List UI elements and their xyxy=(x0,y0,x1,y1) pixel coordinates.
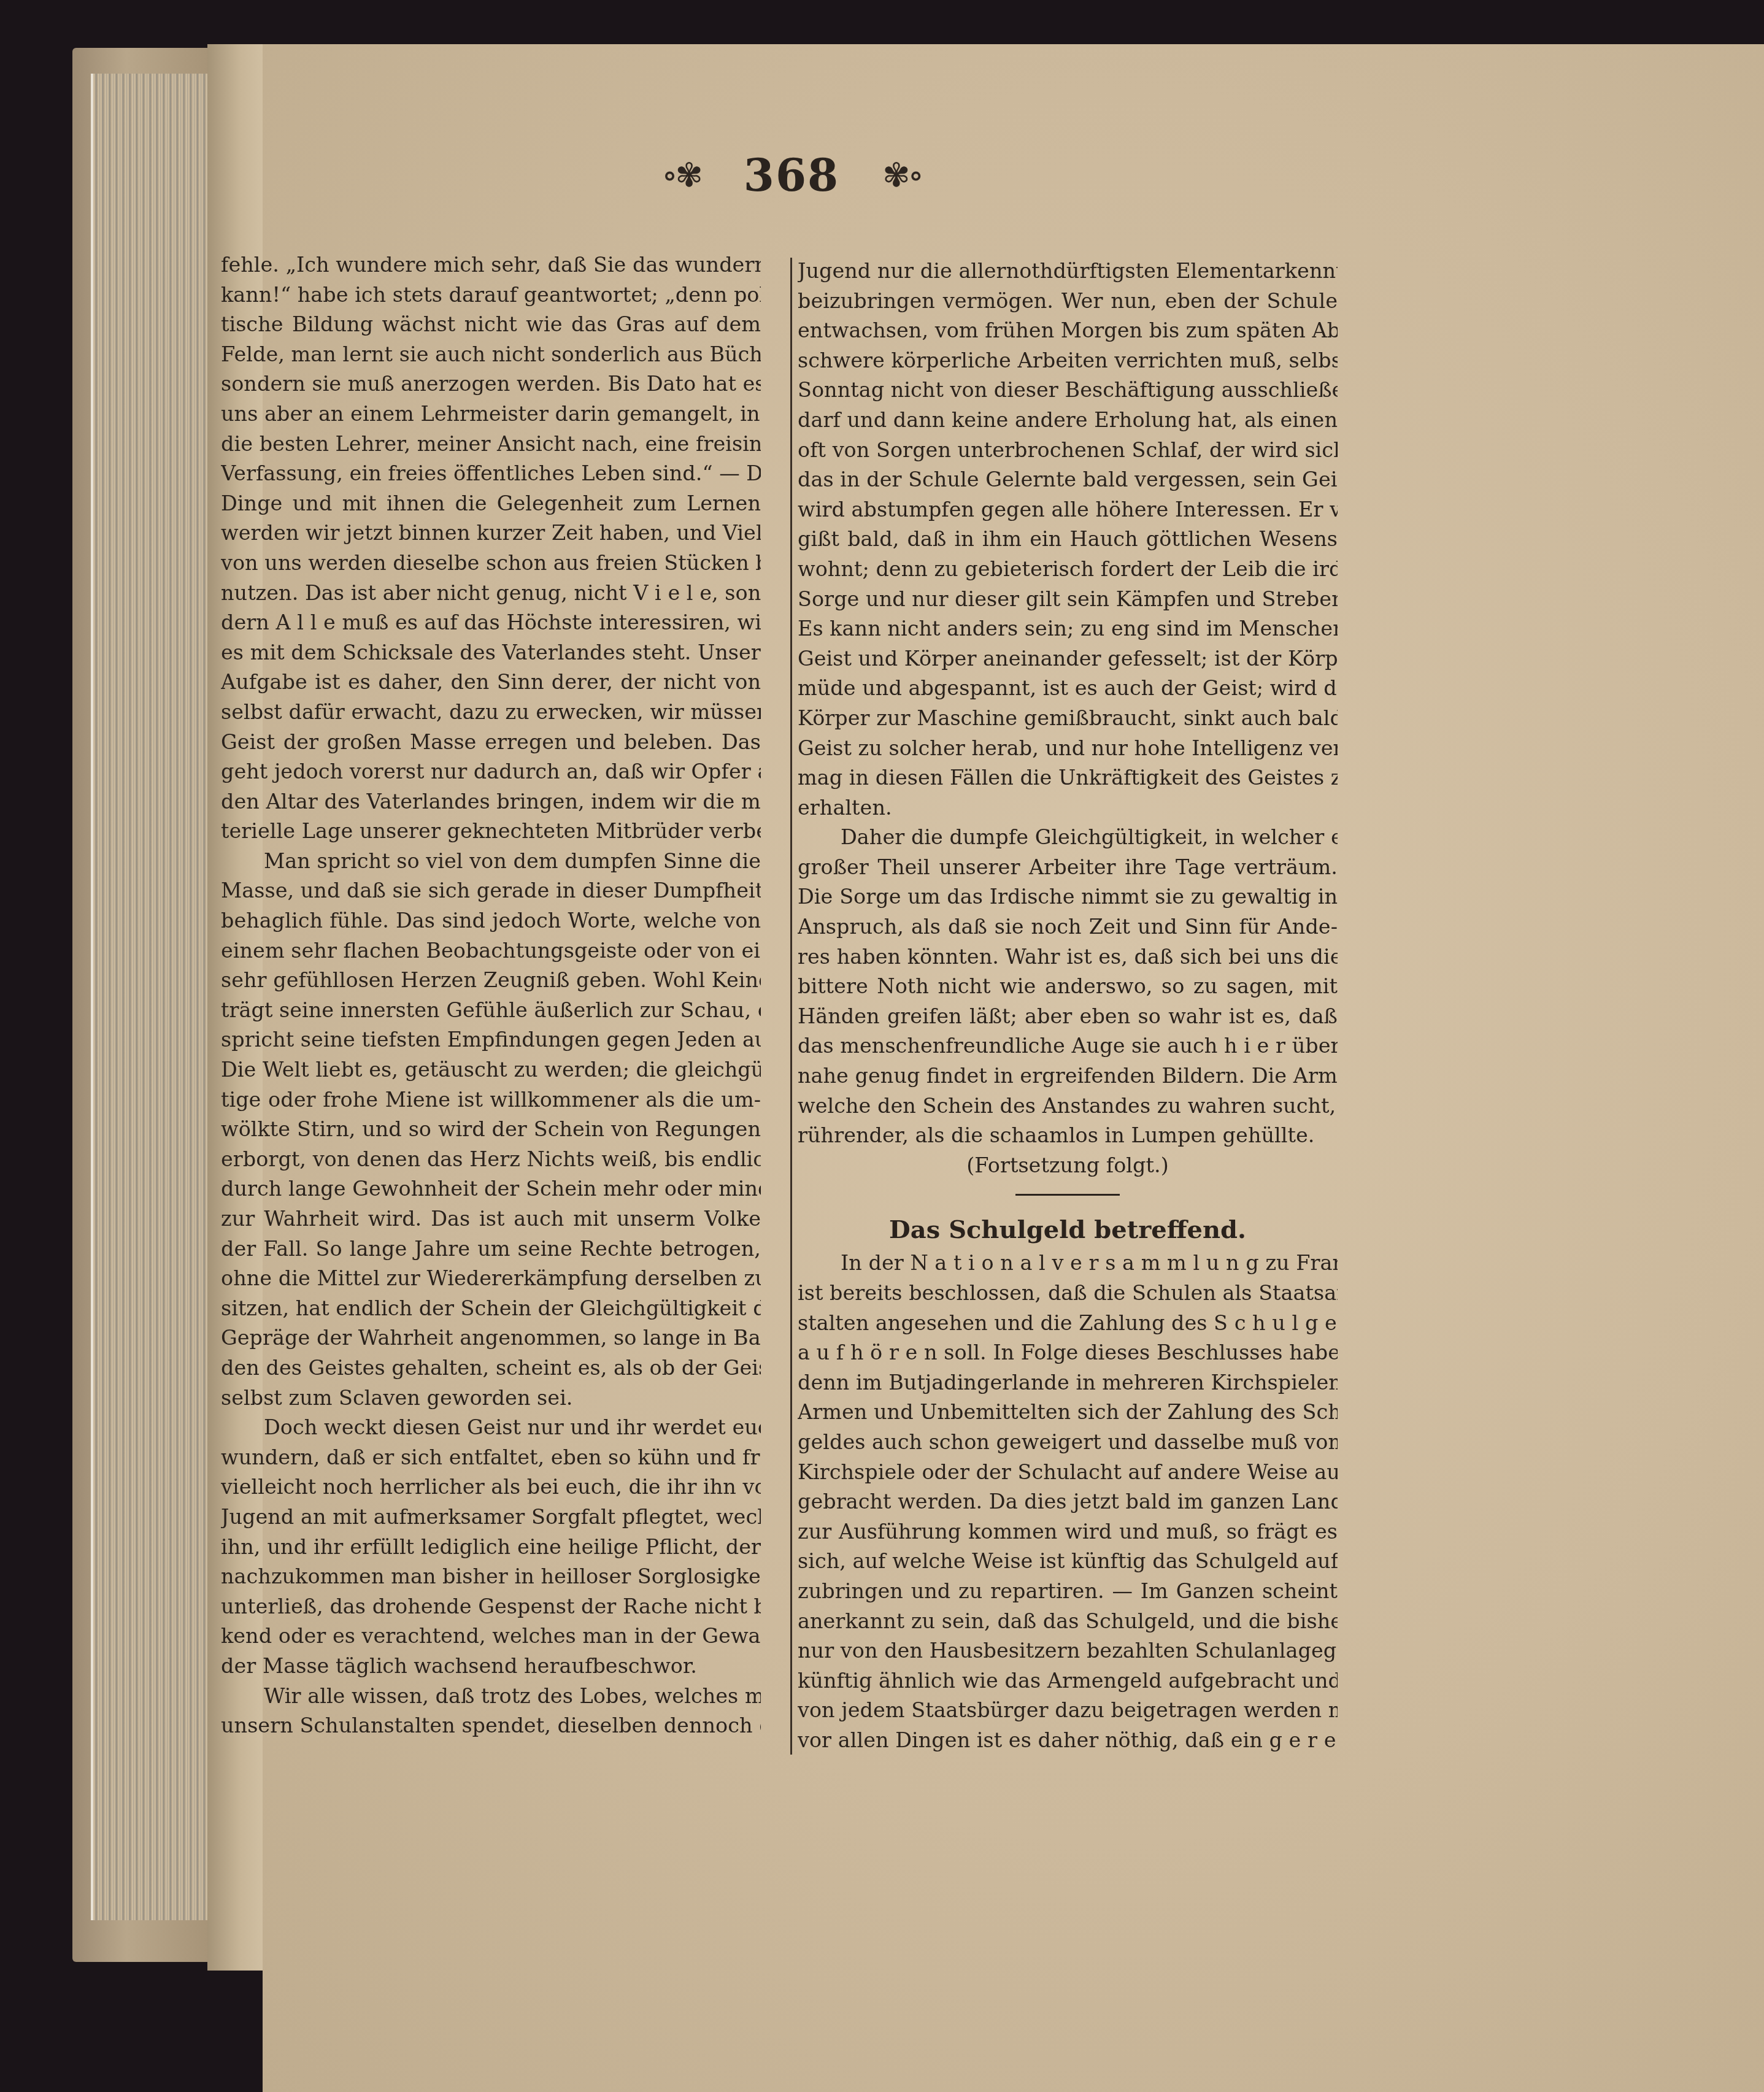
text-line: nahe genug findet in ergreifenden Bilder… xyxy=(798,1061,1338,1091)
text-line: geldes auch schon geweigert und dasselbe… xyxy=(798,1428,1338,1458)
text-line: Doch weckt diesen Geist nur und ihr werd… xyxy=(221,1413,761,1443)
text-line: selbst dafür erwacht, dazu zu erwecken, … xyxy=(221,698,761,728)
text-line: von jedem Staatsbürger dazu beigetragen … xyxy=(798,1696,1338,1726)
text-line: Wir alle wissen, daß trotz des Lobes, we… xyxy=(221,1682,761,1712)
text-line: Jugend an mit aufmerksamer Sorgfalt pfle… xyxy=(221,1502,761,1532)
text-line: wölkte Stirn, und so wird der Schein von… xyxy=(221,1115,761,1145)
text-line: schwere körperliche Arbeiten verrichten … xyxy=(798,346,1338,376)
text-line: Es kann nicht anders sein; zu eng sind i… xyxy=(798,614,1338,644)
text-line: wird abstumpfen gegen alle höhere Intere… xyxy=(798,495,1338,525)
text-line: es mit dem Schicksale des Vaterlandes st… xyxy=(221,638,761,668)
text-line: zur Wahrheit wird. Das ist auch mit unse… xyxy=(221,1204,761,1234)
text-line: Verfassung, ein freies öffentliches Lebe… xyxy=(221,459,761,489)
text-line: nutzen. Das ist aber nicht genug, nicht … xyxy=(221,579,761,609)
text-line: zubringen und zu repartiren. — Im Ganzen… xyxy=(798,1577,1338,1607)
text-line: trägt seine innersten Gefühle äußerlich … xyxy=(221,996,761,1026)
ornament-right-icon: ✾∘ xyxy=(882,156,922,194)
text-line: Jugend nur die allernothdürftigsten Elem… xyxy=(798,256,1338,286)
text-line: terielle Lage unserer geknechteten Mitbr… xyxy=(221,817,761,847)
text-line: nachzukommen man bisher in heilloser Sor… xyxy=(221,1562,761,1592)
text-line: darf und dann keine andere Erholung hat,… xyxy=(798,406,1338,436)
text-line: werden wir jetzt binnen kurzer Zeit habe… xyxy=(221,518,761,548)
text-line: kend oder es verachtend, welches man in … xyxy=(221,1621,761,1652)
text-line: Die Welt liebt es, getäuscht zu werden; … xyxy=(221,1055,761,1085)
text-line: sich, auf welche Weise ist künftig das S… xyxy=(798,1547,1338,1577)
text-line: res haben könnten. Wahr ist es, daß sich… xyxy=(798,942,1338,972)
text-line: erhalten. xyxy=(798,793,1338,823)
text-line: der Masse täglich wachsend heraufbeschwo… xyxy=(221,1652,761,1682)
text-line: wohnt; denn zu gebieterisch fordert der … xyxy=(798,555,1338,585)
column-divider-rule xyxy=(790,258,792,1755)
text-line: dern A l l e muß es auf das Höchste inte… xyxy=(221,608,761,638)
text-line: entwachsen, vom frühen Morgen bis zum sp… xyxy=(798,316,1338,346)
section-divider xyxy=(1015,1194,1120,1196)
text-line: durch lange Gewohnheit der Schein mehr o… xyxy=(221,1174,761,1204)
text-line: unsern Schulanstalten spendet, dieselben… xyxy=(221,1711,761,1741)
text-line: Geist und Körper aneinander gefesselt; i… xyxy=(798,644,1338,674)
text-line: tige oder frohe Miene ist willkommener a… xyxy=(221,1085,761,1115)
text-line: müde und abgespannt, ist es auch der Gei… xyxy=(798,674,1338,704)
page-edges-stack xyxy=(91,74,210,1920)
text-line: rührender, als die schaamlos in Lumpen g… xyxy=(798,1121,1338,1151)
text-line: Armen und Unbemittelten sich der Zahlung… xyxy=(798,1398,1338,1428)
text-line: denn im Butjadingerlande in mehreren Kir… xyxy=(798,1368,1338,1398)
text-line: vielleicht noch herrlicher als bei euch,… xyxy=(221,1472,761,1502)
text-line: Man spricht so viel von dem dumpfen Sinn… xyxy=(221,847,761,877)
text-line: tische Bildung wächst nicht wie das Gras… xyxy=(221,310,761,340)
text-line: unterließ, das drohende Gespenst der Rac… xyxy=(221,1592,761,1622)
text-line: Gepräge der Wahrheit angenommen, so lang… xyxy=(221,1323,761,1353)
text-line: Sonntag nicht von dieser Beschäftigung a… xyxy=(798,375,1338,406)
text-line: zur Ausführung kommen wird und muß, so f… xyxy=(798,1517,1338,1547)
text-line: Körper zur Maschine gemißbraucht, sinkt … xyxy=(798,704,1338,734)
text-line: einem sehr flachen Beobachtungsgeiste od… xyxy=(221,936,761,966)
text-line: künftig ähnlich wie das Armengeld aufgeb… xyxy=(798,1666,1338,1696)
continuation-note: (Fortsetzung folgt.) xyxy=(798,1151,1338,1181)
text-line: bittere Noth nicht wie anderswo, so zu s… xyxy=(798,972,1338,1002)
text-line: stalten angesehen und die Zahlung des S … xyxy=(798,1309,1338,1339)
text-line: mag in diesen Fällen die Unkräftigkeit d… xyxy=(798,763,1338,793)
text-line: Kirchspiele oder der Schulacht auf ander… xyxy=(798,1458,1338,1488)
text-line: uns aber an einem Lehrmeister darin gema… xyxy=(221,399,761,429)
text-line: Sorge und nur dieser gilt sein Kämpfen u… xyxy=(798,585,1338,615)
text-line: Geist zu solcher herab, und nur hohe Int… xyxy=(798,734,1338,764)
page-header: ∘✾ 368 ✾∘ xyxy=(638,147,945,202)
text-line: In der N a t i o n a l v e r s a m m l u… xyxy=(798,1248,1338,1279)
text-line: a u f h ö r e n soll. In Folge dieses Be… xyxy=(798,1338,1338,1368)
right-column-body-part1: Jugend nur die allernothdürftigsten Elem… xyxy=(798,256,1338,1151)
text-line: erborgt, von denen das Herz Nichts weiß,… xyxy=(221,1145,761,1175)
text-line: das menschenfreundliche Auge sie auch h … xyxy=(798,1031,1338,1061)
text-line: Geist der großen Masse erregen und beleb… xyxy=(221,728,761,758)
text-line: selbst zum Sclaven geworden sei. xyxy=(221,1383,761,1413)
text-line: sitzen, hat endlich der Schein der Gleic… xyxy=(221,1294,761,1324)
left-text-column: fehle. „Ich wundere mich sehr, daß Sie d… xyxy=(221,250,761,1741)
text-line: den Altar des Vaterlandes bringen, indem… xyxy=(221,787,761,817)
text-line: Händen greifen läßt; aber eben so wahr i… xyxy=(798,1002,1338,1032)
text-line: Aufgabe ist es daher, den Sinn derer, de… xyxy=(221,667,761,698)
text-line: Masse, und daß sie sich gerade in dieser… xyxy=(221,876,761,906)
text-line: fehle. „Ich wundere mich sehr, daß Sie d… xyxy=(221,250,761,280)
text-line: ihn, und ihr erfüllt lediglich eine heil… xyxy=(221,1532,761,1563)
text-line: ist bereits beschlossen, daß die Schulen… xyxy=(798,1279,1338,1309)
text-line: Felde, man lernt sie auch nicht sonderli… xyxy=(221,340,761,370)
text-line: Die Sorge um das Irdische nimmt sie zu g… xyxy=(798,882,1338,912)
text-line: oft von Sorgen unterbrochenen Schlaf, de… xyxy=(798,436,1338,466)
text-line: die besten Lehrer, meiner Ansicht nach, … xyxy=(221,429,761,460)
text-line: geht jedoch vorerst nur dadurch an, daß … xyxy=(221,757,761,787)
text-line: Anspruch, als daß sie noch Zeit und Sinn… xyxy=(798,912,1338,942)
text-line: gebracht werden. Da dies jetzt bald im g… xyxy=(798,1487,1338,1517)
text-line: von uns werden dieselbe schon aus freien… xyxy=(221,548,761,579)
text-line: nur von den Hausbesitzern bezahlten Schu… xyxy=(798,1636,1338,1666)
text-line: Dinge und mit ihnen die Gelegenheit zum … xyxy=(221,489,761,519)
page-number: 368 xyxy=(744,149,839,201)
right-column-body-part2: In der N a t i o n a l v e r s a m m l u… xyxy=(798,1248,1338,1755)
text-line: anerkannt zu sein, daß das Schulgeld, un… xyxy=(798,1607,1338,1637)
article-title: Das Schulgeld betreffend. xyxy=(798,1212,1338,1248)
text-line: welche den Schein des Anstandes zu wahre… xyxy=(798,1091,1338,1121)
text-line: gißt bald, daß in ihm ein Hauch göttlich… xyxy=(798,525,1338,555)
text-line: den des Geistes gehalten, scheint es, al… xyxy=(221,1353,761,1383)
text-line: behaglich fühle. Das sind jedoch Worte, … xyxy=(221,906,761,936)
ornament-left-icon: ∘✾ xyxy=(661,156,701,194)
text-line: kann!“ habe ich stets darauf geantwortet… xyxy=(221,280,761,310)
text-line: großer Theil unserer Arbeiter ihre Tage … xyxy=(798,853,1338,883)
right-text-column: Jugend nur die allernothdürftigsten Elem… xyxy=(798,256,1338,1756)
text-line: vor allen Dingen ist es daher nöthig, da… xyxy=(798,1726,1338,1756)
text-line: spricht seine tiefsten Empfindungen gege… xyxy=(221,1025,761,1055)
text-line: sehr gefühllosen Herzen Zeugniß geben. W… xyxy=(221,966,761,996)
text-line: sondern sie muß anerzogen werden. Bis Da… xyxy=(221,369,761,399)
text-line: ohne die Mittel zur Wiedererkämpfung der… xyxy=(221,1264,761,1294)
text-line: Daher die dumpfe Gleichgültigkeit, in we… xyxy=(798,823,1338,853)
text-line: wundern, daß er sich entfaltet, eben so … xyxy=(221,1443,761,1473)
text-line: beizubringen vermögen. Wer nun, eben der… xyxy=(798,286,1338,317)
text-line: der Fall. So lange Jahre um seine Rechte… xyxy=(221,1234,761,1264)
text-line: das in der Schule Gelernte bald vergesse… xyxy=(798,465,1338,495)
